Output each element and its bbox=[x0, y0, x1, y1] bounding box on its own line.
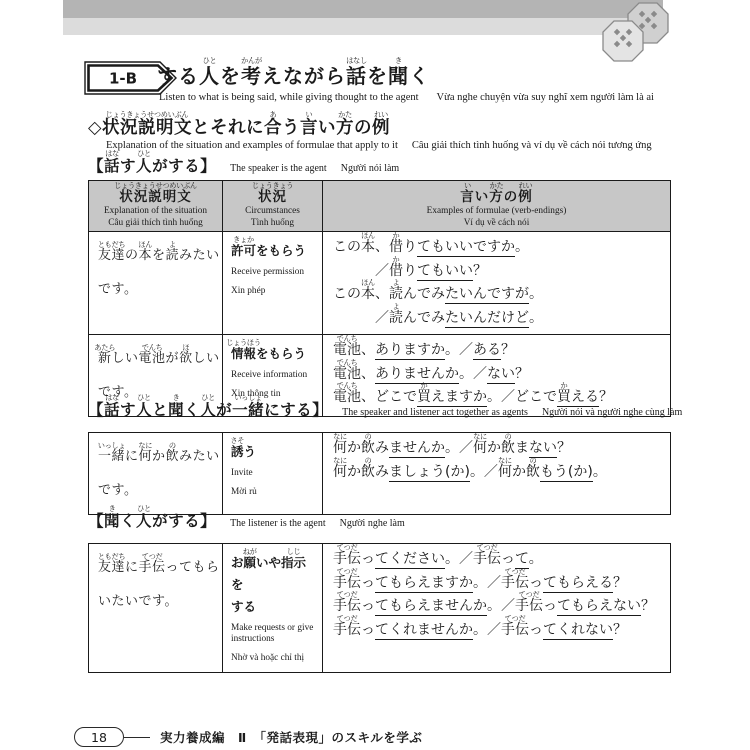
situation-cell: 一緒いっしょに何なにか飲のみたいです。 bbox=[89, 433, 222, 514]
col-header-examples: 言いい方かたの例れい Examples of formulae (verb-en… bbox=[322, 181, 670, 232]
text-line: です。 bbox=[98, 474, 220, 508]
col-header-en: Circumstances bbox=[225, 206, 320, 217]
section-tag-label: 1-B bbox=[109, 70, 137, 88]
table-listener-agent: 友達ともだちに手伝てつだってもらいたいです。 お願ねがいや指示しじをする Mak… bbox=[88, 543, 671, 673]
text-line: する bbox=[231, 596, 318, 618]
text-line: です。 bbox=[98, 273, 220, 307]
text-line: ／読よんでみたいんだけど。 bbox=[333, 307, 666, 331]
col-header-vi: Câu giải thích tình huống bbox=[91, 218, 220, 229]
circumstance-ja: 情報じょうほうをもらう bbox=[231, 343, 318, 365]
section-heading-together: 【話はなす人ひとと聞きく人ひとが一緒いっしょにする】 The speaker a… bbox=[88, 401, 682, 420]
text-line: 友達ともだちの本ほんを読よみたい bbox=[98, 239, 220, 273]
text-line: ／借かりてもいい？ bbox=[333, 260, 666, 284]
text-line: 何なにか飲のみましょう(か)。／何なにか飲のもう(か)。 bbox=[333, 461, 666, 485]
examples-cell: この本ほん、借かりてもいいですか。 ／借かりてもいい？この本ほん、読よんでみたい… bbox=[322, 232, 670, 334]
col-header-circumstances: 状況じょうきょう Circumstances Tình huống bbox=[222, 181, 322, 232]
col-header-ja: 状況じょうきょう bbox=[225, 183, 320, 205]
section-heading-ja: 【話はなす人ひとと聞きく人ひとが一緒いっしょにする】 bbox=[88, 401, 328, 420]
text-line: お願ねがいや指示しじを bbox=[231, 552, 318, 596]
col-header-ja: 言いい方かたの例れい bbox=[325, 183, 668, 205]
page-title-vi: Vừa nghe chuyện vừa suy nghĩ xem người l… bbox=[437, 92, 654, 103]
col-header-vi: Ví dụ về cách nói bbox=[325, 218, 668, 229]
text-line: 許可きょかをもらう bbox=[231, 240, 318, 262]
text-line: 電池でんち、ありますか。／ある？ bbox=[333, 339, 666, 363]
section-heading-listener: 【聞きく人ひとがする】 The listener is the agent Ng… bbox=[88, 512, 405, 531]
footer-title: 実力養成編 Ⅱ 「発話表現」のスキルを学ぶ bbox=[160, 728, 422, 746]
col-header-en: Explanation of the situation bbox=[91, 206, 220, 217]
col-header-ja: 状況説明文じょうきょうせつめいぶん bbox=[91, 183, 220, 205]
examples-cell: 何なにか飲のみませんか。／何なにか飲のまない？何なにか飲のみましょう(か)。／何… bbox=[322, 433, 670, 514]
section-heading-ja: 【聞きく人ひとがする】 bbox=[88, 512, 216, 531]
section-heading-vi: Người nói và người nghe cùng làm bbox=[542, 407, 682, 420]
table-speaker-agent: 状況説明文じょうきょうせつめいぶん Explanation of the sit… bbox=[88, 180, 671, 417]
textbook-page: { "colors": { "band_dark": "#b4b4b4", "b… bbox=[0, 0, 750, 750]
section-heading-en: The speaker is the agent bbox=[230, 163, 327, 176]
col-header-situation: 状況説明文じょうきょうせつめいぶん Explanation of the sit… bbox=[89, 181, 222, 232]
circumstance-en: Receive information bbox=[231, 370, 318, 381]
text-line: 誘さそう bbox=[231, 441, 318, 463]
top-band-dark bbox=[63, 0, 663, 18]
section-heading-en: The speaker and listener act together as… bbox=[342, 407, 528, 420]
text-line: この本ほん、読よんでみたいんですが。 bbox=[333, 283, 666, 307]
text-line: 手伝てつだってもらえますか。／手伝てつだってもらえる？ bbox=[333, 572, 666, 596]
text-line: この本ほん、借かりてもいいですか。 bbox=[333, 236, 666, 260]
text-line: 情報じょうほうをもらう bbox=[231, 343, 318, 365]
circumstance-cell: 許可きょかをもらう Receive permission Xin phép bbox=[222, 232, 322, 334]
circumstance-ja: 許可きょかをもらう bbox=[231, 240, 318, 262]
footer-rule bbox=[124, 737, 150, 738]
circumstance-vi: Mời rủ bbox=[231, 487, 318, 498]
text-line: 手伝てつだってくれませんか。／手伝てつだってくれない？ bbox=[333, 619, 666, 643]
col-header-en: Examples of formulae (verb-endings) bbox=[325, 206, 668, 217]
top-band-light bbox=[63, 18, 663, 35]
circumstance-en: Invite bbox=[231, 468, 318, 479]
intro-subtitle-vi: Câu giải thích tình huống và ví dụ về cá… bbox=[412, 140, 652, 151]
text-line: 電池でんち、ありませんか。／ない？ bbox=[333, 363, 666, 387]
page-number: 18 bbox=[74, 727, 124, 747]
text-line: 新あたらしい電池でんちが欲ほしい bbox=[98, 342, 220, 376]
page-title: する人ひとを考かんがえながら話はなしを聞きく bbox=[157, 64, 430, 88]
text-line: 手伝てつだってもらえませんか。／手伝てつだってもらえない？ bbox=[333, 595, 666, 619]
page-title-subtitle: Listen to what is being said, while givi… bbox=[159, 92, 672, 103]
text-line: 一緒いっしょに何なにか飲のみたい bbox=[98, 440, 220, 474]
circumstance-cell: 誘さそう Invite Mời rủ bbox=[222, 433, 322, 514]
page-title-en: Listen to what is being said, while givi… bbox=[159, 92, 419, 103]
situation-cell: 友達ともだちの本ほんを読よみたいです。 bbox=[89, 232, 222, 334]
section-heading-ja: 【話はなす人ひとがする】 bbox=[88, 157, 216, 176]
circumstance-ja: お願ねがいや指示しじをする bbox=[231, 552, 318, 618]
intro-heading: ◇状況説明文じょうきょうせつめいぶんとそれに合あう言いい方かたの例れい bbox=[88, 118, 390, 139]
text-line: 友達ともだちに手伝てつだってもら bbox=[98, 551, 220, 585]
circumstance-en: Make requests or give instructions bbox=[231, 623, 318, 645]
table-together-agents: 一緒いっしょに何なにか飲のみたいです。 誘さそう Invite Mời rủ 何… bbox=[88, 432, 671, 515]
section-heading-vi: Người nghe làm bbox=[340, 518, 405, 531]
situation-cell: 友達ともだちに手伝てつだってもらいたいです。 bbox=[89, 544, 222, 672]
octagon-seal-icons bbox=[598, 1, 674, 63]
circumstance-vi: Nhờ và hoặc chỉ thị bbox=[231, 653, 318, 664]
intro-subtitle: Explanation of the situation and example… bbox=[106, 140, 666, 151]
section-heading-vi: Người nói làm bbox=[341, 163, 399, 176]
page-footer: 18 実力養成編 Ⅱ 「発話表現」のスキルを学ぶ bbox=[74, 727, 422, 747]
section-heading-speaker: 【話はなす人ひとがする】 The speaker is the agent Ng… bbox=[88, 157, 399, 176]
text-line: 手伝てつだってください。／手伝てつだって。 bbox=[333, 548, 666, 572]
circumstance-ja: 誘さそう bbox=[231, 441, 318, 463]
circumstance-en: Receive permission bbox=[231, 267, 318, 278]
text-line: いたいです。 bbox=[98, 585, 220, 619]
circumstance-vi: Xin phép bbox=[231, 286, 318, 297]
section-heading-en: The listener is the agent bbox=[230, 518, 326, 531]
col-header-vi: Tình huống bbox=[225, 218, 320, 229]
examples-cell: 手伝てつだってください。／手伝てつだって。手伝てつだってもらえますか。／手伝てつ… bbox=[322, 544, 670, 672]
circumstance-cell: お願ねがいや指示しじをする Make requests or give inst… bbox=[222, 544, 322, 672]
